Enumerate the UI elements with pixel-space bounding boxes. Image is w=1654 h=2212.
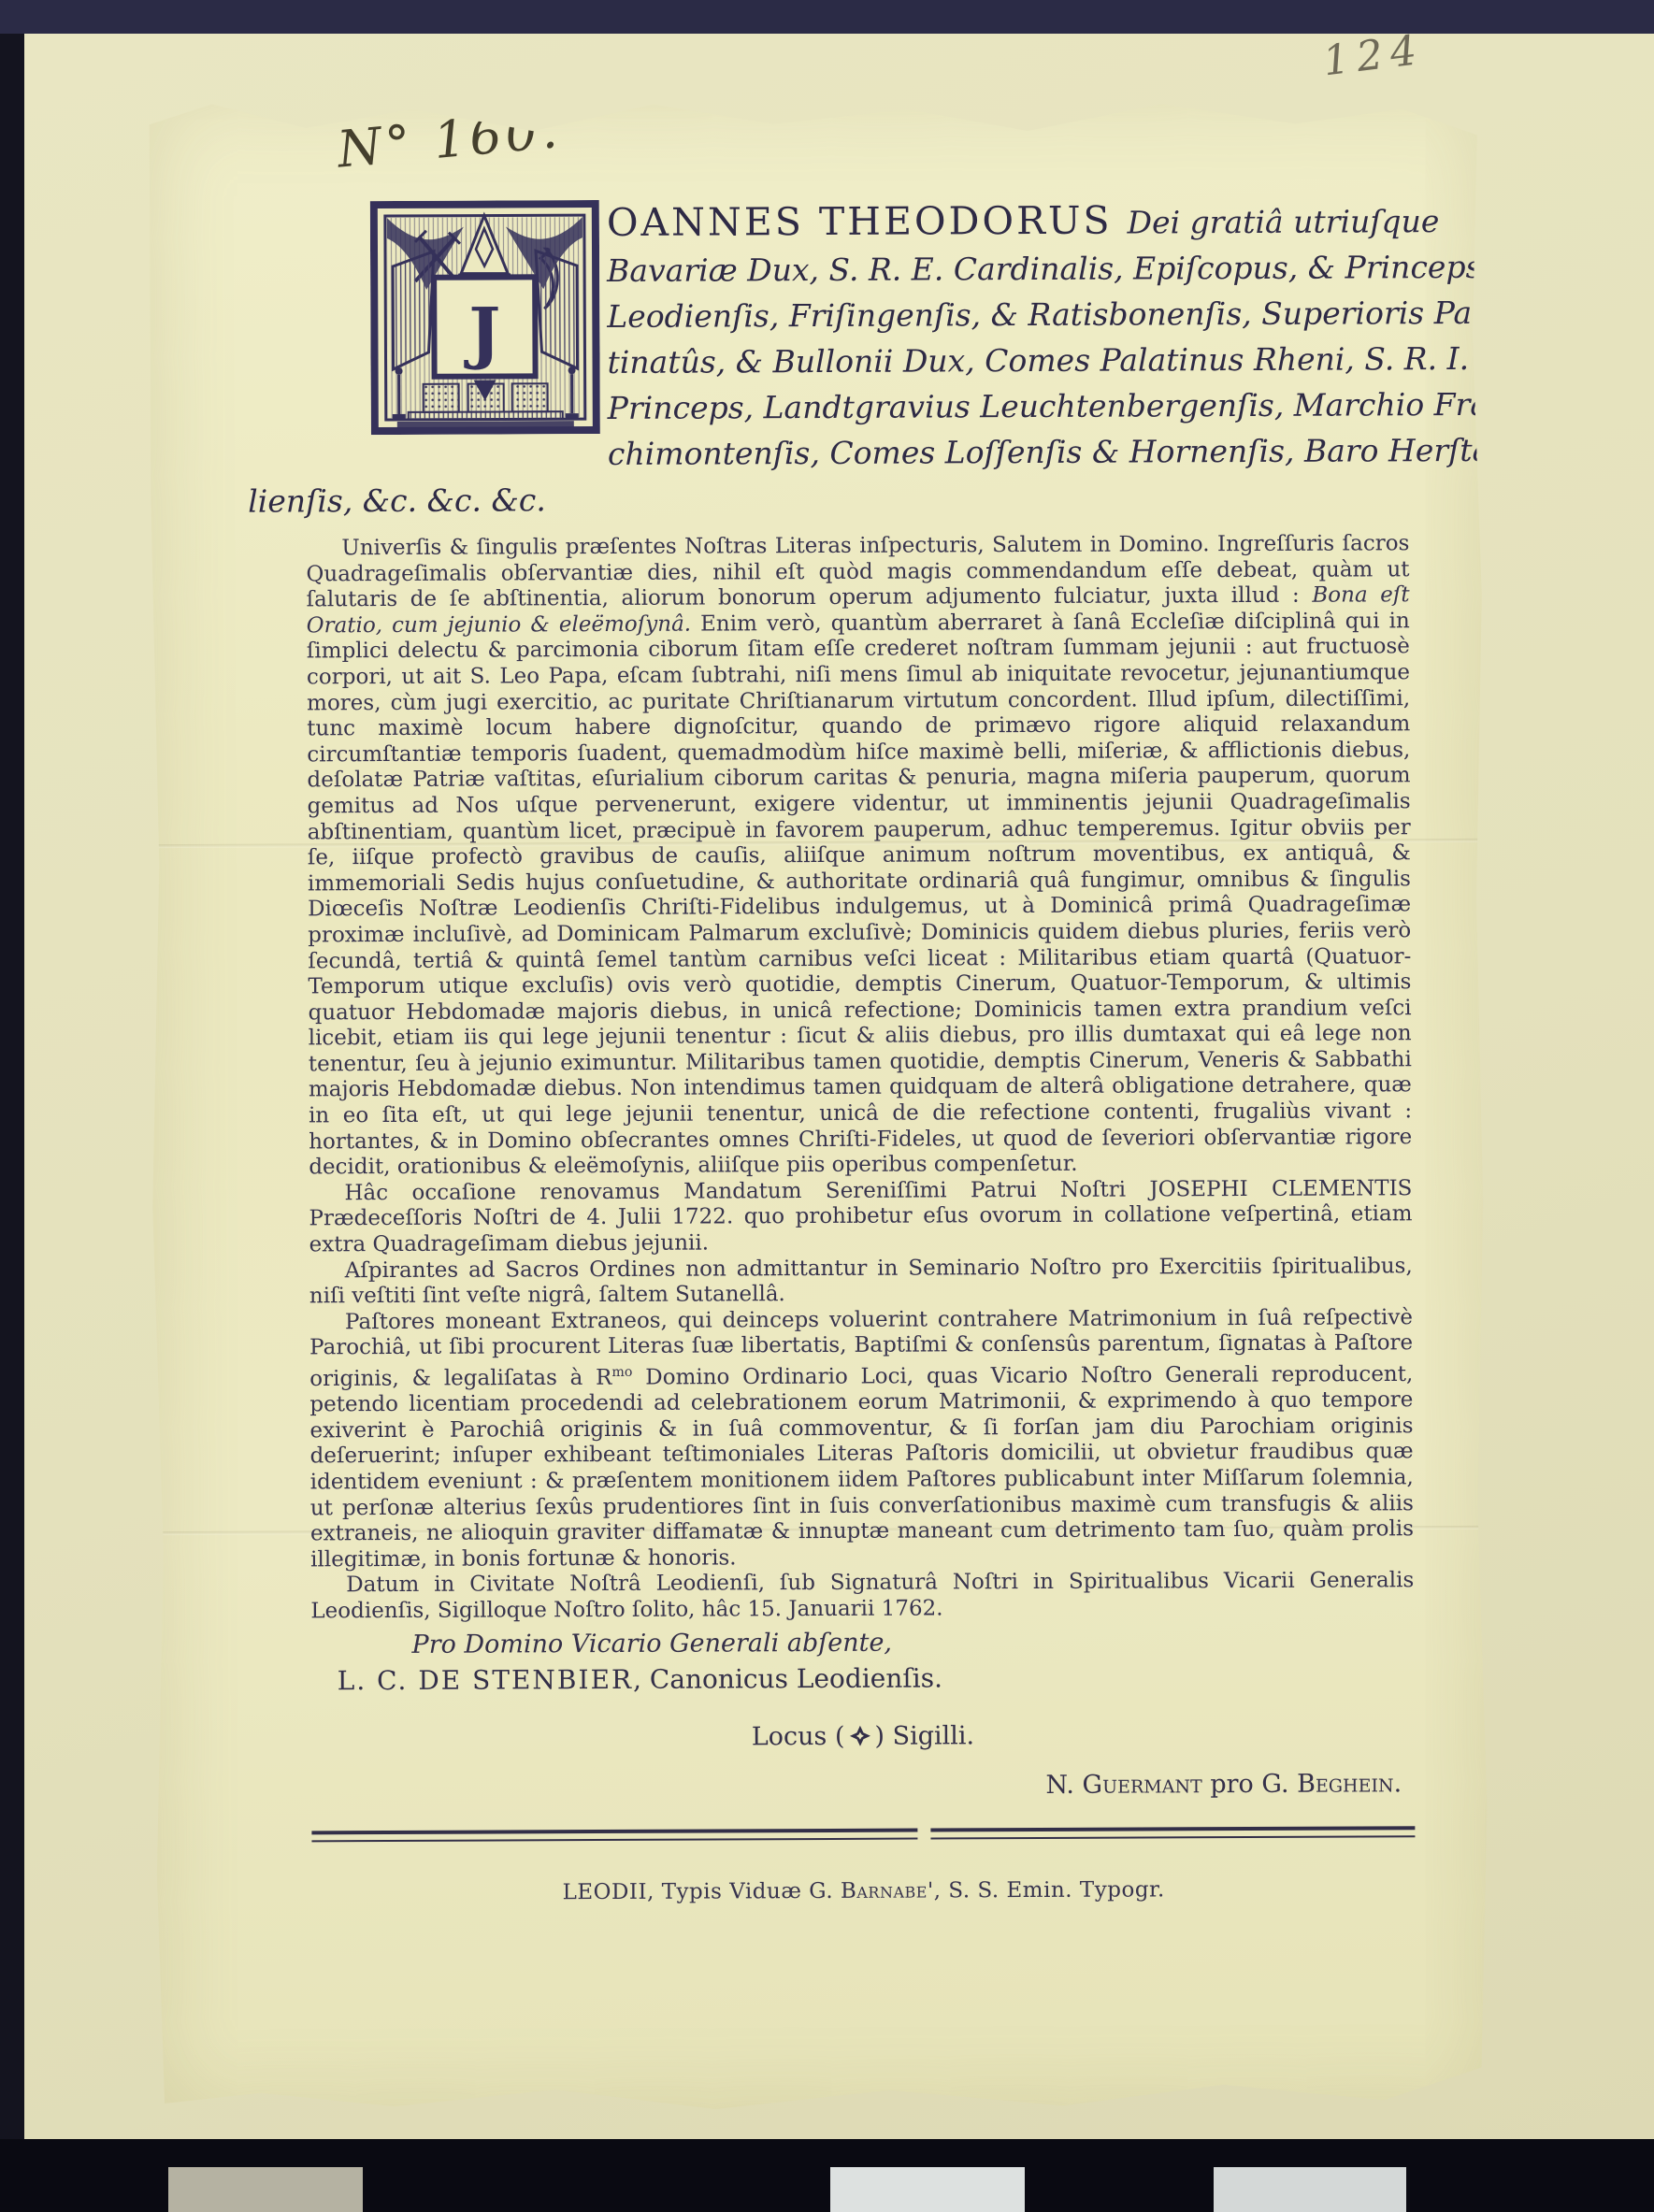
calibration-patch	[1214, 2167, 1406, 2212]
seal-right-text: ) Sigilli.	[874, 1721, 974, 1750]
text-segment: mo	[611, 1365, 632, 1380]
body-paragraph: Datum in Civitate Noſtrâ Leodienſi, ſub …	[310, 1569, 1414, 1625]
text-segment: Domino Ordinario Loci, quas Vicario Noſt…	[309, 1362, 1414, 1572]
calibration-patch	[168, 2167, 363, 2212]
text-line: N. Guermant pro G. Beghein.	[311, 1769, 1415, 1803]
text-segment: Enim verò, quantùm aberraret à ſanâ Eccl…	[307, 609, 1412, 1180]
text-segment: LEODII, Typis Viduæ G.	[562, 1878, 841, 1903]
text-segment: , S. S. Emin. Typogr.	[934, 1877, 1165, 1903]
text-segment: Dei gratiâ utriuſque	[1128, 203, 1440, 240]
text-segment: tinatûs, & Bullonii Dux, Comes Palatinus…	[607, 340, 1469, 381]
body-paragraph: Univerſis & ſingulis præſentes Noſtras L…	[306, 531, 1412, 1181]
text-segment: L. C. DE STENBIER	[338, 1663, 634, 1695]
document-sheet: N° 160.	[145, 91, 1490, 2118]
body-paragraph: Paſtores moneant Extraneos, qui deinceps…	[309, 1305, 1414, 1573]
text-segment: OANNES THEODORUS	[607, 198, 1128, 245]
svg-text:J: J	[463, 292, 500, 371]
text-segment: Leodienſis, Friſingenſis, & Ratisbonenſi…	[607, 294, 1510, 335]
initial-woodcut: J	[370, 200, 600, 435]
text-segment: pro G.	[1202, 1769, 1298, 1798]
text-segment: Univerſis & ſingulis præſentes Noſtras L…	[306, 531, 1409, 611]
countersign-line: N. Guermant pro G. Beghein.	[311, 1769, 1415, 1803]
body-text: Univerſis & ſingulis præſentes Noſtras L…	[306, 531, 1414, 1625]
text-line: Pro Domino Vicario Generali abſente,	[411, 1626, 1414, 1659]
text-line: chimontenſis, Comes Loſſenſis & Hornenſi…	[306, 427, 1409, 478]
text-line: lienſis, &c. &c. &c.	[248, 473, 1409, 524]
maltese-cross-icon	[848, 1724, 870, 1746]
imprint-rule	[311, 1826, 1415, 1842]
text-segment: chimontenſis, Comes Loſſenſis & Hornenſi…	[608, 432, 1511, 472]
scan-background: { "annotations": { "handwritten_folio": …	[0, 0, 1654, 2212]
signature-pro-line: Pro Domino Vicario Generali abſente,	[310, 1626, 1414, 1659]
text-segment: Hâc occaſione renovamus Mandatum Sereniſ…	[309, 1176, 1412, 1257]
text-segment: .	[1394, 1769, 1402, 1798]
text-segment: N.	[1045, 1770, 1082, 1799]
text-segment: Princeps, Landtgravius Leuchtenbergenſis…	[608, 386, 1519, 426]
seal-left-text: Locus (	[752, 1721, 845, 1750]
text-segment: Guermant	[1082, 1770, 1201, 1800]
printed-area: J OANNES THEODORUS Dei gratiâ utriuſqueB…	[304, 91, 1415, 1905]
title-hanging-line: lienſis, &c. &c. &c.	[306, 473, 1409, 524]
text-segment: Beghein	[1297, 1769, 1394, 1798]
seal-line: Locus () Sigilli.	[311, 1719, 1415, 1753]
calibration-patch	[830, 2167, 1025, 2212]
rule-left-segment	[311, 1828, 917, 1842]
text-segment: Aſpirantes ad Sacros Ordines non admitta…	[309, 1254, 1413, 1309]
body-paragraph: Hâc occaſione renovamus Mandatum Sereniſ…	[309, 1176, 1412, 1258]
text-segment: Bavariæ Dux, S. R. E. Cardinalis, Epiſco…	[607, 249, 1482, 289]
text-segment: Barnabe'	[841, 1878, 934, 1903]
text-segment: , Canonicus Leodienſis.	[633, 1662, 942, 1694]
text-line: LEODII, Typis Viduæ G. Barnabe', S. S. E…	[312, 1876, 1416, 1905]
signature-name-line: L. C. DE STENBIER, Canonicus Leodienſis.	[311, 1660, 1415, 1696]
text-line: L. C. DE STENBIER, Canonicus Leodienſis.	[338, 1660, 1415, 1696]
title-block: J OANNES THEODORUS Dei gratiâ utriuſqueB…	[305, 196, 1409, 524]
text-segment: Pro Domino Vicario Generali abſente,	[411, 1628, 892, 1659]
text-segment: lienſis, &c. &c. &c.	[248, 481, 546, 519]
calibration-strip	[0, 2139, 1654, 2212]
printer-imprint: LEODII, Typis Viduæ G. Barnabe', S. S. E…	[312, 1876, 1416, 1905]
body-paragraph: Aſpirantes ad Sacros Ordines non admitta…	[309, 1254, 1413, 1310]
text-segment: Datum in Civitate Noſtrâ Leodienſi, ſub …	[310, 1569, 1414, 1624]
rule-right-segment	[930, 1826, 1415, 1839]
